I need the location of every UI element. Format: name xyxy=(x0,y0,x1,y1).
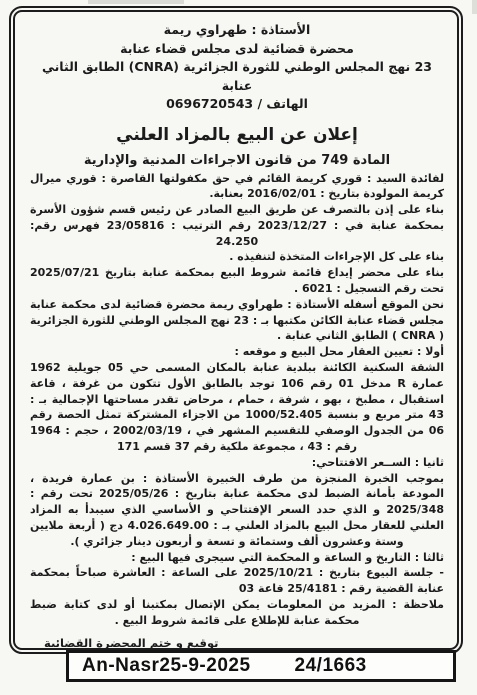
paragraph-authorization: بناء على إذن بالتصرف عن طريق البيع الصاد… xyxy=(30,202,444,249)
bailiff-title-line: محضرة قضائية لدى مجلس قضاء عنابة xyxy=(30,40,444,59)
bailiff-name-line: الأستاذة : طهراوي ريمة xyxy=(30,21,444,40)
document-border-inner: الأستاذة : طهراوي ريمة محضرة قضائية لدى … xyxy=(13,10,459,650)
heading-date-time-court: ثالثا : التاريخ و الساعة و المحكمة التي … xyxy=(30,550,444,566)
city-line: عنابة xyxy=(30,77,444,96)
newspaper-stamp: An-Nasr25-9-2025 24/1663 xyxy=(66,650,456,682)
scan-artifact xyxy=(472,0,477,14)
paragraph-expert-valuation: بموجب الخبرة المنجزة من طرف الخبيرة الأس… xyxy=(30,471,444,550)
signature-line: توقيع و ختم المحضرة القضائية xyxy=(30,629,444,650)
office-address-line: 23 نهج المجلس الوطني للثورة الجزائرية (C… xyxy=(30,58,444,77)
newspaper-name-date: An-Nasr25-9-2025 xyxy=(82,655,251,677)
heading-property-designation: أولا : تعيين العقار محل البيع و موقعه : xyxy=(30,344,444,360)
paragraph-bailiff-identity: نحن الموقع أسفله الأستاذة : طهراوي ريمة … xyxy=(30,297,444,344)
scanned-auction-notice: { "doc": { "letterhead": { "line1": "الأ… xyxy=(0,0,477,695)
paragraph-auction-session: - جلسة البيوع بتاريخ : 2025/10/21 على ال… xyxy=(30,565,444,597)
document-body: لفائدة السيد : قوري كريمة القائم في حق م… xyxy=(30,171,444,629)
document-content: الأستاذة : طهراوي ريمة محضرة قضائية لدى … xyxy=(15,12,457,648)
paragraph-note: ملاحظة : المزيد من المعلومات يمكن الإتصا… xyxy=(30,597,444,629)
paragraph-procedures: بناء على كل الإجراءات المتخذة لتنفيذه . xyxy=(30,249,444,265)
letterhead: الأستاذة : طهراوي ريمة محضرة قضائية لدى … xyxy=(30,21,444,114)
scan-artifact xyxy=(88,0,184,4)
heading-opening-price: ثانيا : الســعر الافتتاحي: xyxy=(30,455,444,471)
phone-line: الهاتف / 0696720543 xyxy=(30,95,444,114)
law-article-subtitle: المادة 749 من قانون الاجراءات المدنية وا… xyxy=(30,152,444,169)
paragraph-property-description: الشقة السكنية الكائنة ببلدية عنابة بالمك… xyxy=(30,360,444,455)
auction-notice-title: إعلان عن البيع بالمزاد العلني xyxy=(30,124,444,146)
paragraph-beneficiary: لفائدة السيد : قوري كريمة القائم في حق م… xyxy=(30,171,444,203)
paragraph-deposit-record: بناء على محضر إيداع قائمة شروط البيع بمح… xyxy=(30,265,444,297)
document-border-outer: الأستاذة : طهراوي ريمة محضرة قضائية لدى … xyxy=(9,6,463,654)
page-reference: 24/1663 xyxy=(295,655,367,677)
